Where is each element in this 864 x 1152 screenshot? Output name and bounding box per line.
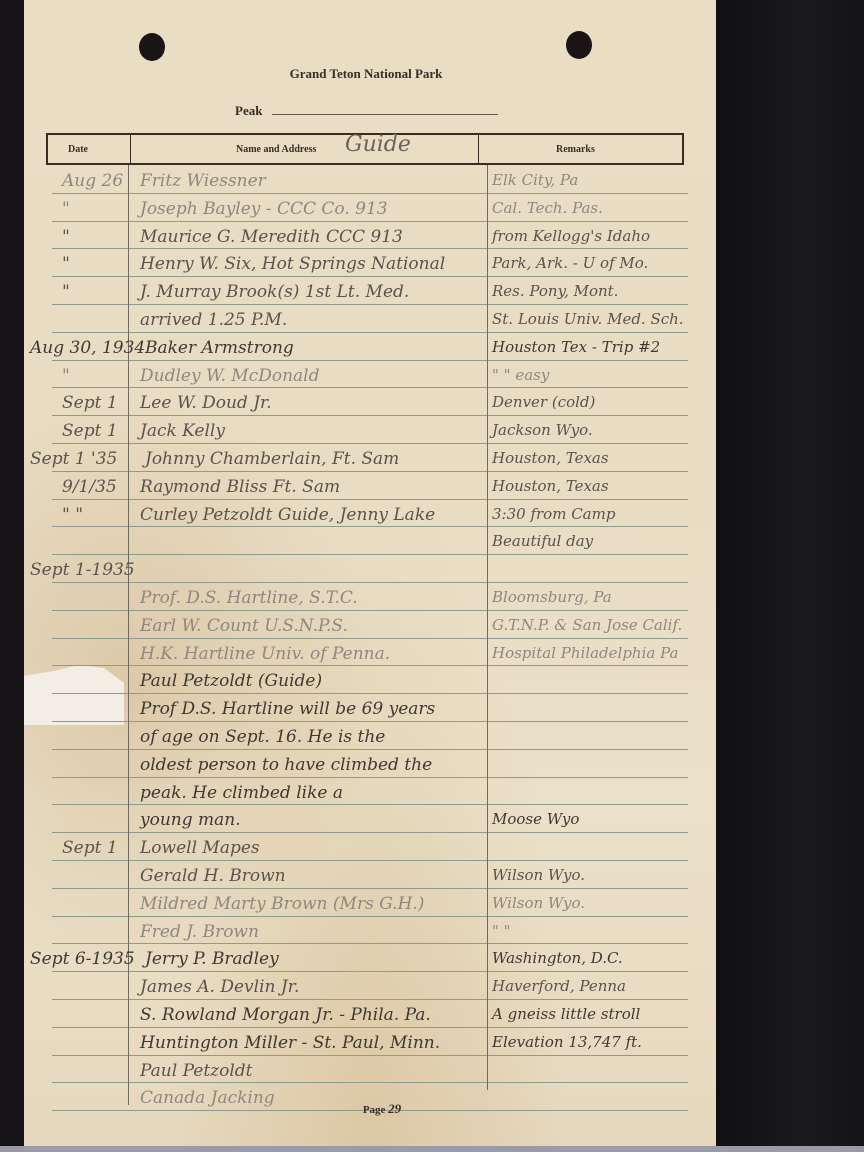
ruled-line [52,638,688,639]
entry-name-address: Fritz Wiessner [140,171,266,191]
entry-date: " [62,227,70,247]
entry-remarks: Jackson Wyo. [492,421,593,439]
entry-name-address: H.K. Hartline Univ. of Penna. [140,644,390,664]
guide-annotation: Guide [345,132,411,157]
entry-name-address: Baker Armstrong [145,338,294,358]
entry-name-address: young man. [140,810,241,830]
ruled-line [52,193,688,194]
entry-remarks: Elk City, Pa [492,171,578,189]
ruled-line [52,721,688,722]
entry-name-address: Mildred Marty Brown (Mrs G.H.) [140,894,424,914]
entry-name-address: Paul Petzoldt (Guide) [140,671,322,691]
entry-remarks: " " [492,922,511,940]
header-divider [478,135,479,163]
entry-name-address: arrived 1.25 P.M. [140,310,287,330]
entry-remarks: from Kellogg's Idaho [492,227,650,245]
torn-corner [24,665,124,725]
header-name-address: Name and Address [236,144,316,155]
entry-name-address: Dudley W. McDonald [140,366,319,386]
page-label: Page [363,1104,386,1116]
ruled-line [52,526,688,527]
entry-name-address: of age on Sept. 16. He is the [140,727,385,747]
entry-name-address: Maurice G. Meredith CCC 913 [140,227,403,247]
entry-remarks: Cal. Tech. Pas. [492,199,603,217]
entry-name-address: Lee W. Doud Jr. [140,393,272,413]
ruled-line [52,554,688,555]
entry-remarks: Houston, Texas [492,449,609,467]
entry-remarks: 3:30 from Camp [492,505,615,523]
ruled-line [52,916,688,917]
entry-name-address: Raymond Bliss Ft. Sam [140,477,340,497]
entry-name-address: Johnny Chamberlain, Ft. Sam [145,449,399,469]
entry-remarks: G.T.N.P. & San Jose Calif. [492,616,682,634]
header-divider [130,135,131,163]
entry-date: " [62,254,70,274]
header-remarks: Remarks [556,144,595,155]
entry-date: " [62,366,70,386]
ruled-line [52,1055,688,1056]
remarks-column-rule [487,165,488,1090]
entry-date: " " [62,505,83,525]
entry-remarks: Hospital Philadelphia Pa [492,644,678,662]
ruled-line [52,387,688,388]
ruled-line [52,832,688,833]
entry-name-address: Henry W. Six, Hot Springs National [140,254,445,274]
entry-date: " [62,282,70,302]
peak-field [272,114,498,115]
ruled-line [52,415,688,416]
ruled-line [52,360,688,361]
ruled-line [52,999,688,1000]
ruled-line [52,471,688,472]
entry-remarks: Elevation 13,747 ft. [492,1033,642,1051]
entry-remarks: " " easy [492,366,549,384]
entry-remarks: Houston Tex - Trip #2 [492,338,660,356]
backdrop-right [716,0,864,1152]
ruled-line [52,665,688,666]
entry-name-address: Lowell Mapes [140,838,260,858]
ruled-line [52,610,688,611]
entry-remarks: St. Louis Univ. Med. Sch. [492,310,684,328]
entry-name-address: Fred J. Brown [140,922,259,942]
ruled-line [52,248,688,249]
entry-remarks: Beautiful day [492,532,593,550]
entry-name-address: James A. Devlin Jr. [140,977,299,997]
entry-remarks: Wilson Wyo. [492,894,585,912]
ruled-line [52,943,688,944]
entry-name-address: Curley Petzoldt Guide, Jenny Lake [140,505,435,525]
ruled-line [52,1027,688,1028]
ruled-line [52,693,688,694]
entry-remarks: Houston, Texas [492,477,609,495]
entry-date: Sept 1 [62,838,118,858]
entry-name-address: Prof D.S. Hartline will be 69 years [140,699,435,719]
entry-date: Sept 6-1935 [30,949,135,969]
entry-name-address: Jack Kelly [140,421,225,441]
ruled-line [52,888,688,889]
entry-date: " [62,199,70,219]
ruled-line [52,971,688,972]
ruled-line [52,332,688,333]
entry-name-address: Paul Petzoldt [140,1061,253,1081]
entry-date: Sept 1 '35 [30,449,117,469]
ruled-line [52,221,688,222]
entry-date: Aug 26 [62,171,123,191]
ruled-line [52,777,688,778]
entry-date: Sept 1 [62,421,118,441]
ruled-line [52,304,688,305]
scanner-edge [0,1146,864,1152]
page-footer: Page 29 [0,1101,764,1117]
park-title: Grand Teton National Park [0,66,732,82]
ruled-line [52,1082,688,1083]
punch-hole-right [566,31,592,59]
ruled-line [52,582,688,583]
page-number: 29 [388,1101,401,1116]
entry-remarks: A gneiss little stroll [492,1005,640,1023]
entry-name-address: oldest person to have climbed the [140,755,432,775]
entry-remarks: Moose Wyo [492,810,579,828]
entry-date: Aug 30, 1934 [30,338,145,358]
ruled-line [52,860,688,861]
entry-name-address: Gerald H. Brown [140,866,286,886]
peak-label: Peak [235,103,262,119]
entry-remarks: Denver (cold) [492,393,595,411]
entry-name-address: Huntington Miller - St. Paul, Minn. [140,1033,440,1053]
entry-name-address: J. Murray Brook(s) 1st Lt. Med. [140,282,409,302]
entry-name-address: peak. He climbed like a [140,783,343,803]
entry-remarks: Washington, D.C. [492,949,623,967]
ruled-line [52,276,688,277]
header-date: Date [68,144,88,155]
entry-remarks: Bloomsburg, Pa [492,588,612,606]
entry-remarks: Park, Ark. - U of Mo. [492,254,648,272]
entry-remarks: Res. Pony, Mont. [492,282,618,300]
entry-remarks: Wilson Wyo. [492,866,585,884]
entry-name-address: Earl W. Count U.S.N.P.S. [140,616,348,636]
entry-name-address: Joseph Bayley - CCC Co. 913 [140,199,388,219]
entry-date: Sept 1 [62,393,118,413]
entry-name-address: Prof. D.S. Hartline, S.T.C. [140,588,358,608]
punch-hole-left [139,33,165,61]
ruled-line [52,804,688,805]
entry-date: Sept 1-1935 [30,560,135,580]
ruled-line [52,499,688,500]
entry-name-address: S. Rowland Morgan Jr. - Phila. Pa. [140,1005,431,1025]
ruled-line [52,749,688,750]
entry-date: 9/1/35 [62,477,117,497]
entry-remarks: Haverford, Penna [492,977,626,995]
ruled-line [52,443,688,444]
entry-name-address: Jerry P. Bradley [145,949,279,969]
